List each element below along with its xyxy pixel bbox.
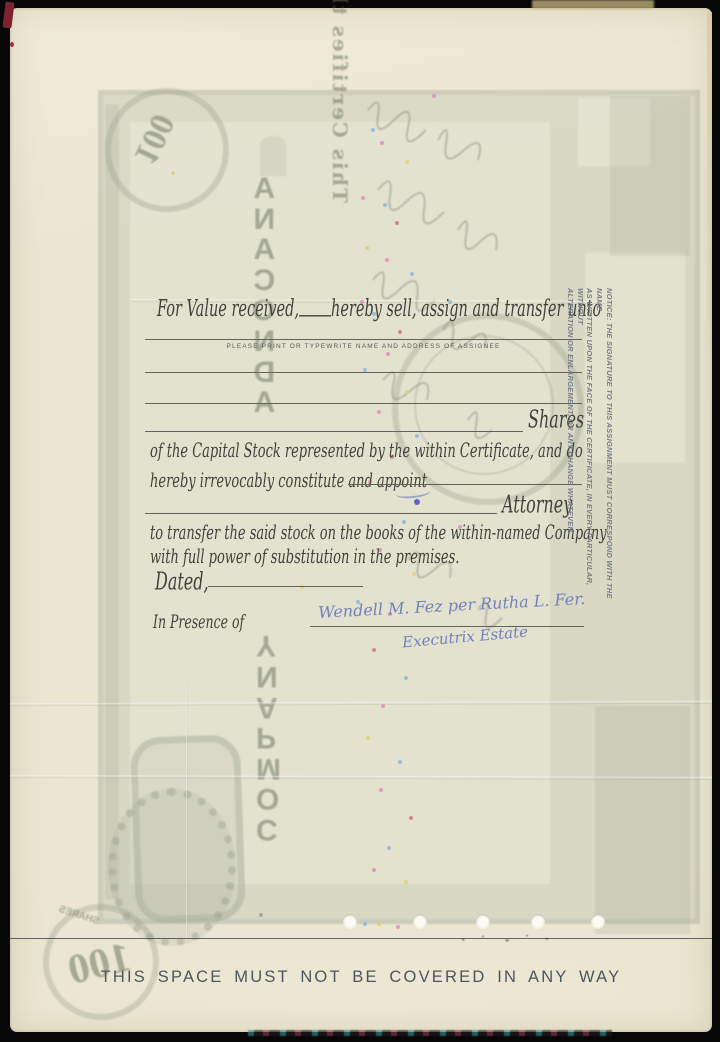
transfer-clause-text: hereby sell, assign and transfer unto [331, 297, 601, 323]
presence-label: In Presence of [153, 613, 244, 632]
planchette-dot [365, 246, 369, 250]
planchette-dot [363, 922, 367, 926]
ghost-rosette-top-left [105, 88, 229, 212]
planchette-dot [396, 925, 400, 929]
dated-blank [208, 586, 363, 587]
ghost-panel-top-right [578, 98, 650, 166]
ghost-cartouche [130, 734, 246, 924]
punch-hole [591, 914, 605, 928]
planchette-dot [366, 736, 370, 740]
planchette-dot [377, 922, 381, 926]
planchette-dot [383, 203, 387, 207]
planchette-dot [380, 141, 384, 145]
planchette-dot [385, 258, 389, 262]
planchette-dot [398, 330, 402, 334]
assignee-line-3 [145, 403, 582, 404]
planchette-dot [410, 272, 414, 276]
attorney-blank-line [145, 513, 497, 514]
assignee-line-2 [145, 372, 582, 373]
punch-hole [343, 914, 357, 928]
ghost-handwriting [348, 80, 588, 660]
planchette-dot [377, 410, 381, 414]
ghost-title-column-bottom: COMPANY [256, 630, 275, 844]
scan-edge-top-strip [532, 0, 654, 9]
notice-line-1: NOTICE: THE SIGNATURE TO THIS ASSIGNMENT… [594, 288, 614, 620]
punch-hole [413, 914, 427, 928]
scan-edge-bottom-strip [248, 1030, 612, 1036]
planchette-dot [415, 434, 419, 438]
planchette-dot [381, 704, 385, 708]
witness-signature-line [310, 626, 584, 627]
value-received-line: For Value received,hereby sell, assign a… [157, 291, 601, 321]
ghost-shares-arc: SHARES [57, 904, 100, 927]
planchette-dot [387, 846, 391, 850]
clause-appoint: hereby irrevocably constitute and appoin… [150, 472, 427, 492]
ghost-column-finial [260, 136, 286, 176]
punch-hole [531, 914, 545, 928]
dated-label: Dated, [155, 570, 209, 594]
planchette-dot [171, 171, 175, 175]
notice-word: NOTICE: [605, 288, 614, 321]
pencil-smudge [450, 930, 560, 946]
fold-line-vertical [186, 684, 188, 940]
punch-hole [476, 914, 490, 928]
ghost-portrait-medallion [108, 788, 236, 946]
planchette-dot [379, 788, 383, 792]
scanned-certificate-back: 100 ANACONDA COMPANY This Certifies that… [0, 0, 720, 1042]
shares-blank-line [145, 431, 523, 432]
fold-line-2 [10, 775, 712, 780]
planchette-dot [404, 676, 408, 680]
attorney-name-blank [348, 484, 582, 485]
scan-edge-red-dot [10, 42, 14, 47]
ghost-block-top-right [610, 96, 690, 256]
planchette-dot [405, 390, 409, 394]
planchette-dot [386, 352, 390, 356]
ghost-block-bottom-right [595, 706, 690, 934]
ghost-100-top-left: 100 [126, 108, 182, 170]
planchette-dot [409, 816, 413, 820]
planchette-dot [259, 913, 263, 917]
planchette-dot [405, 160, 409, 164]
assignee-line-1 [145, 339, 582, 340]
notice-line-2: AS WRITTEN UPON THE FACE OF THE CERTIFIC… [575, 288, 595, 620]
ghost-rosette-bottom-left [43, 904, 159, 1020]
ink-blot [414, 499, 420, 505]
planchette-dot [398, 760, 402, 764]
ghost-gothic-certifies: This Certifies that [328, 0, 352, 203]
clause-capital-stock: of the Capital Stock represented by the … [150, 442, 583, 462]
planchette-dot [371, 128, 375, 132]
planchette-dot [432, 94, 436, 98]
footer-restriction: THIS SPACE MUST NOT BE COVERED IN ANY WA… [10, 968, 712, 987]
clause-power: with full power of substitution in the p… [150, 548, 459, 568]
notice-line-3: ALTERATION OR ENLARGEMENT, OR ANY CHANGE… [565, 288, 575, 620]
seller-name-blank [299, 291, 331, 316]
ghost-border-left-band [105, 104, 119, 899]
attorney-label: Attorney [502, 493, 572, 517]
value-received-text: For Value received, [157, 297, 299, 323]
planchette-dot [372, 648, 376, 652]
signature-notice: NOTICE: THE SIGNATURE TO THIS ASSIGNMENT… [565, 288, 614, 620]
planchette-dot [404, 880, 408, 884]
footer-rule [10, 938, 712, 939]
planchette-dot [361, 196, 365, 200]
certificate-paper: 100 ANACONDA COMPANY This Certifies that… [10, 8, 712, 1032]
planchette-dot [412, 572, 416, 576]
planchette-dot [395, 221, 399, 225]
fold-line-1 [10, 701, 712, 706]
ghost-inner-panel [130, 122, 550, 884]
signature-line-1: Wendell M. Fez per Rutha L. Fer. [318, 589, 586, 622]
planchette-dot [372, 868, 376, 872]
scan-edge-right-highlight [707, 12, 712, 432]
assignee-caption: PLEASE PRINT OR TYPEWRITE NAME AND ADDRE… [145, 343, 582, 351]
clause-books: to transfer the said stock on the books … [150, 524, 607, 544]
